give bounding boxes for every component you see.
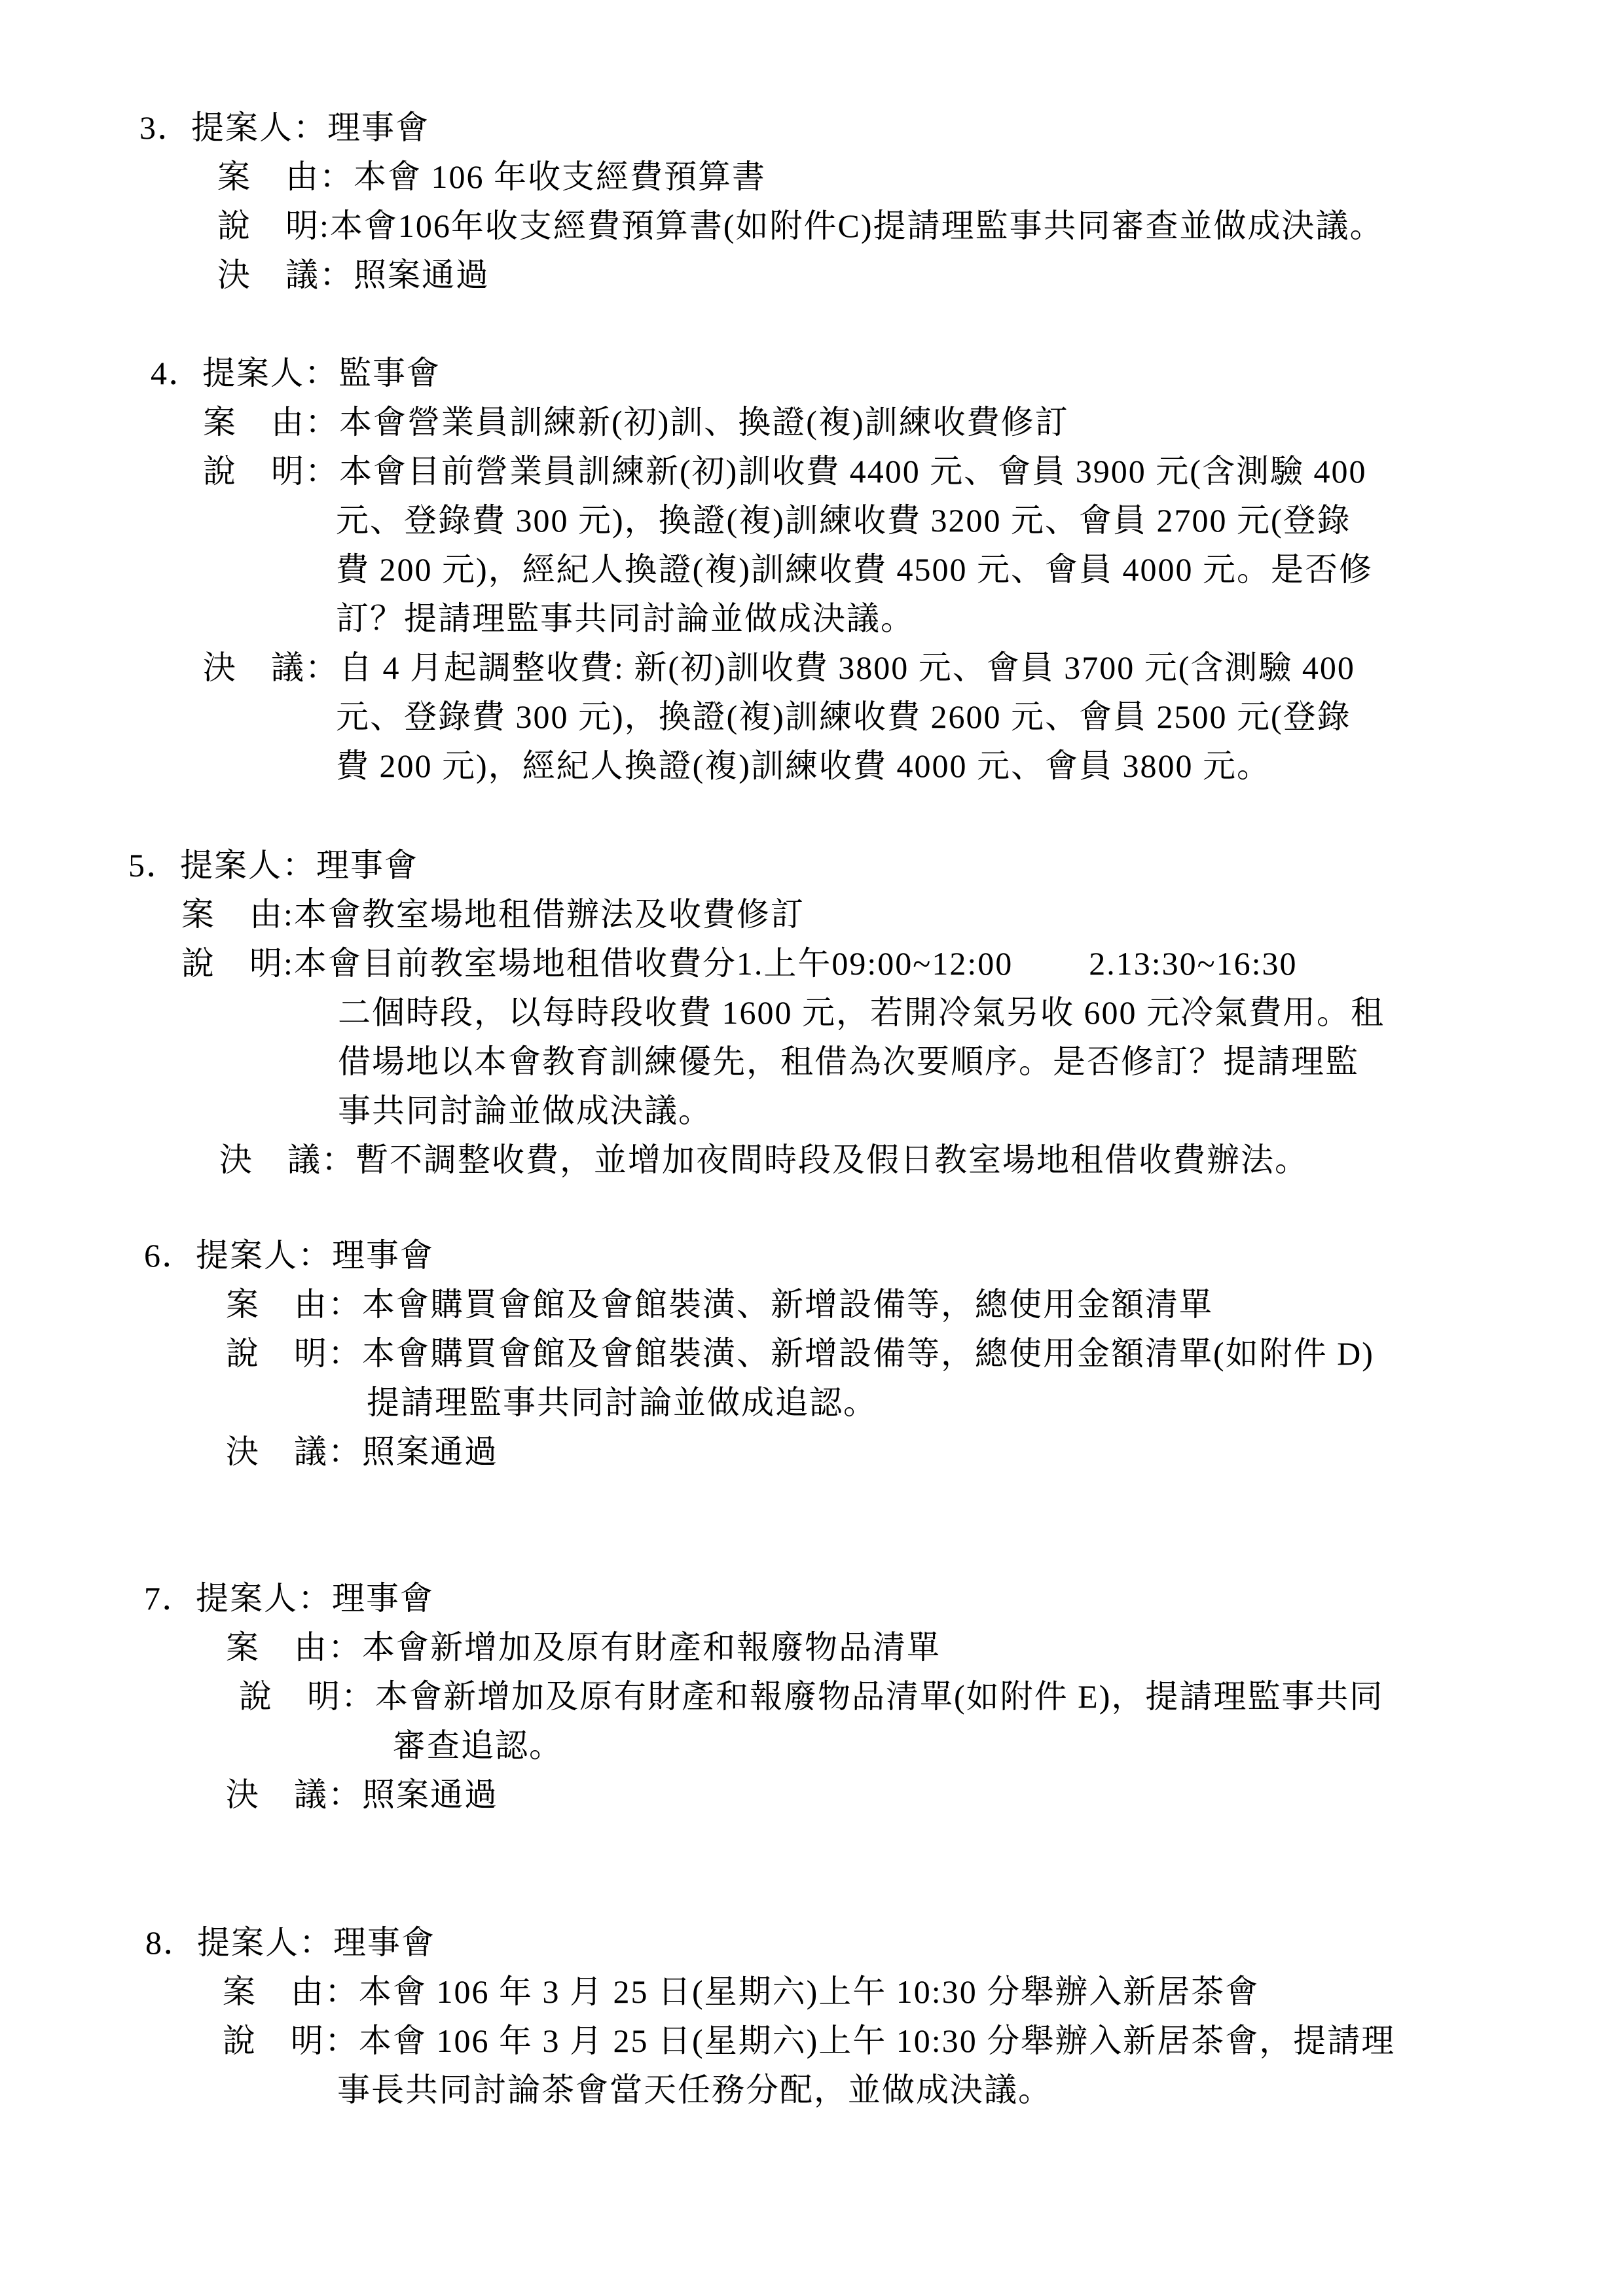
proposal-heading: 6．提案人：理事會: [0, 1231, 1623, 1280]
proposal-7: 7．提案人：理事會 案 由：本會新增加及原有財產和報廢物品清單 說 明：本會新增…: [0, 1574, 1623, 1820]
explanation-continuation: 事長共同討論茶會當天任務分配，並做成決議。: [0, 2066, 1623, 2115]
proposal-6: 6．提案人：理事會 案 由：本會購買會館及會館裝潢、新增設備等，總使用金額清單 …: [0, 1231, 1623, 1477]
resolution-continuation: 元、登錄費 300 元)，換證(複)訓練收費 2600 元、會員 2500 元(…: [0, 692, 1623, 742]
explanation-line: 說 明：本會購買會館及會館裝潢、新增設備等，總使用金額清單(如附件 D): [0, 1329, 1623, 1378]
explanation-line: 說 明：本會 106 年 3 月 25 日(星期六)上午 10:30 分舉辦入新…: [0, 2017, 1623, 2066]
explanation-line: 說 明:本會目前教室場地租借收費分1.上午09:00~12:00 2.13:30…: [0, 939, 1623, 988]
proposal-8: 8．提案人：理事會 案 由：本會 106 年 3 月 25 日(星期六)上午 1…: [0, 1918, 1623, 2115]
resolution-line: 決 議：暫不調整收費，並增加夜間時段及假日教室場地租借收費辦法。: [0, 1136, 1623, 1185]
explanation-continuation: 借場地以本會教育訓練優先，租借為次要順序。是否修訂？提請理監: [0, 1037, 1623, 1086]
case-line: 案 由：本會 106 年收支經費預算書: [0, 152, 1623, 202]
resolution-line: 決 議：照案通過: [0, 1427, 1623, 1477]
explanation-continuation: 二個時段，以每時段收費 1600 元，若開冷氣另收 600 元冷氣費用。租: [0, 988, 1623, 1037]
proposal-heading: 4．提案人：監事會: [0, 349, 1623, 398]
explanation-line: 說 明:本會106年收支經費預算書(如附件C)提請理監事共同審查並做成決議。: [0, 202, 1623, 251]
case-line: 案 由：本會購買會館及會館裝潢、新增設備等，總使用金額清單: [0, 1280, 1623, 1329]
explanation-line: 說 明：本會新增加及原有財產和報廢物品清單(如附件 E)，提請理監事共同: [0, 1672, 1623, 1721]
document-page: 3．提案人：理事會 案 由：本會 106 年收支經費預算書 說 明:本會106年…: [0, 0, 1623, 2296]
proposal-heading: 8．提案人：理事會: [0, 1918, 1623, 1967]
proposal-heading: 3．提案人：理事會: [0, 103, 1623, 152]
case-line: 案 由：本會新增加及原有財產和報廢物品清單: [0, 1623, 1623, 1672]
explanation-continuation: 提請理監事共同討論並做成追認。: [0, 1378, 1623, 1427]
proposal-heading: 5．提案人：理事會: [0, 841, 1623, 890]
resolution-line: 決 議：自 4 月起調整收費: 新(初)訓收費 3800 元、會員 3700 元…: [0, 643, 1623, 692]
proposal-3: 3．提案人：理事會 案 由：本會 106 年收支經費預算書 說 明:本會106年…: [0, 103, 1623, 300]
case-line: 案 由:本會教室場地租借辦法及收費修訂: [0, 890, 1623, 939]
explanation-continuation: 審查追認。: [0, 1721, 1623, 1770]
explanation-continuation: 訂？提請理監事共同討論並做成決議。: [0, 594, 1623, 643]
case-line: 案 由：本會營業員訓練新(初)訓、換證(複)訓練收費修訂: [0, 398, 1623, 447]
proposal-4: 4．提案人：監事會 案 由：本會營業員訓練新(初)訓、換證(複)訓練收費修訂 說…: [0, 349, 1623, 791]
resolution-continuation: 費 200 元)，經紀人換證(複)訓練收費 4000 元、會員 3800 元。: [0, 742, 1623, 791]
explanation-line: 說 明：本會目前營業員訓練新(初)訓收費 4400 元、會員 3900 元(含測…: [0, 447, 1623, 496]
proposal-5: 5．提案人：理事會 案 由:本會教室場地租借辦法及收費修訂 說 明:本會目前教室…: [0, 841, 1623, 1185]
explanation-continuation: 元、登錄費 300 元)，換證(複)訓練收費 3200 元、會員 2700 元(…: [0, 496, 1623, 545]
case-line: 案 由：本會 106 年 3 月 25 日(星期六)上午 10:30 分舉辦入新…: [0, 1967, 1623, 2017]
resolution-line: 決 議：照案通過: [0, 1770, 1623, 1820]
explanation-continuation: 費 200 元)，經紀人換證(複)訓練收費 4500 元、會員 4000 元。是…: [0, 545, 1623, 594]
resolution-line: 決 議：照案通過: [0, 251, 1623, 300]
proposal-heading: 7．提案人：理事會: [0, 1574, 1623, 1623]
explanation-continuation: 事共同討論並做成決議。: [0, 1086, 1623, 1136]
